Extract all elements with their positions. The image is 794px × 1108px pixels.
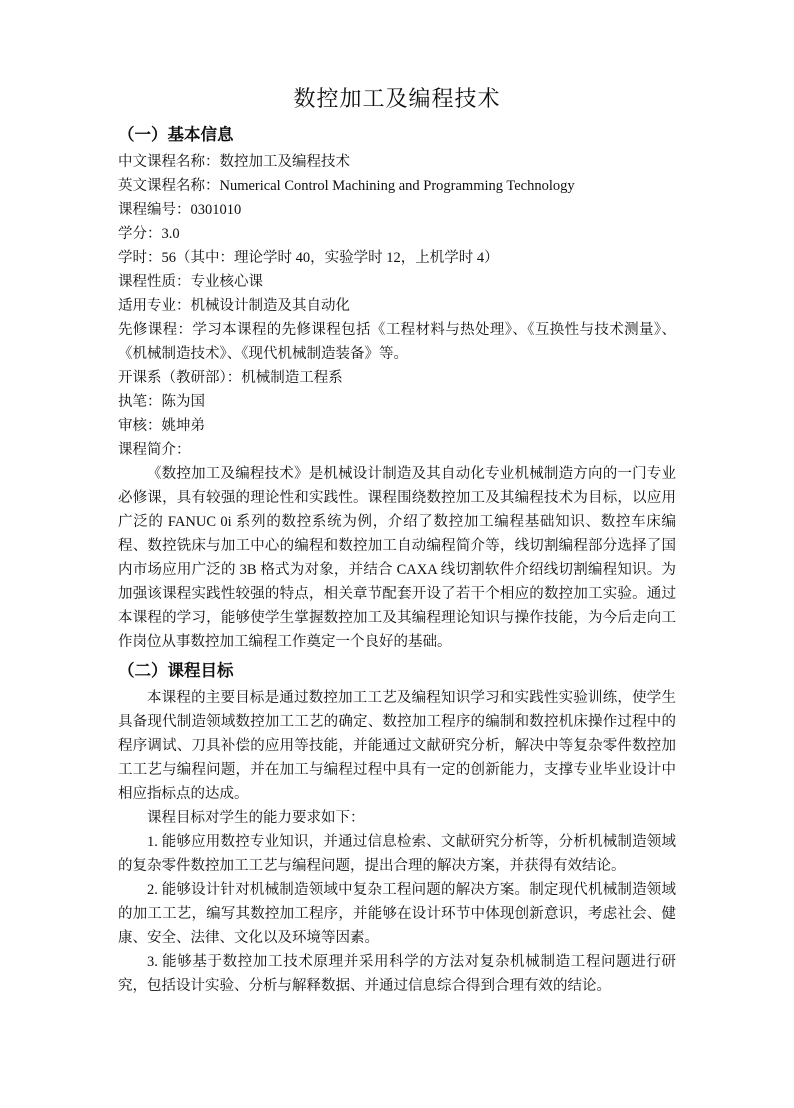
field-course-intro-label: 课程简介： — [118, 438, 676, 462]
section-heading-basic-info: （一）基本信息 — [118, 122, 676, 148]
field-english-course-name: 英文课程名称：Numerical Control Machining and P… — [118, 174, 676, 198]
field-author: 执笔：陈为国 — [118, 390, 676, 414]
objective-item-2: 2. 能够设计针对机械制造领域中复杂工程问题的解决方案。制定现代机械制造领域的加… — [118, 878, 676, 950]
field-class-hours: 学时：56（其中：理论学时 40，实验学时 12，上机学时 4） — [118, 246, 676, 270]
objective-item-1: 1. 能够应用数控专业知识，并通过信息检索、文献研究分析等，分析机械制造领域的复… — [118, 830, 676, 878]
document-page: 数控加工及编程技术 （一）基本信息 中文课程名称：数控加工及编程技术 英文课程名… — [0, 0, 794, 1108]
field-offering-department: 开课系（教研部）：机械制造工程系 — [118, 366, 676, 390]
document-title: 数控加工及编程技术 — [118, 84, 676, 114]
field-applicable-major: 适用专业：机械设计制造及其自动化 — [118, 294, 676, 318]
field-prerequisites: 先修课程：学习本课程的先修课程包括《工程材料与热处理》、《互换性与技术测量》、《… — [118, 318, 676, 366]
section-heading-objectives: （二）课程目标 — [118, 658, 676, 684]
field-course-nature: 课程性质：专业核心课 — [118, 270, 676, 294]
objectives-lead-in: 课程目标对学生的能力要求如下： — [118, 806, 676, 830]
objective-item-3: 3. 能够基于数控加工技术原理并采用科学的方法对复杂机械制造工程问题进行研究，包… — [118, 950, 676, 998]
course-intro-paragraph: 《数控加工及编程技术》是机械设计制造及其自动化专业机械制造方向的一门专业必修课，… — [118, 462, 676, 654]
field-course-code: 课程编号：0301010 — [118, 198, 676, 222]
objectives-paragraph: 本课程的主要目标是通过数控加工工艺及编程知识学习和实践性实验训练，使学生具备现代… — [118, 686, 676, 806]
field-credits: 学分：3.0 — [118, 222, 676, 246]
field-reviewer: 审核：姚坤弟 — [118, 414, 676, 438]
field-chinese-course-name: 中文课程名称：数控加工及编程技术 — [118, 150, 676, 174]
